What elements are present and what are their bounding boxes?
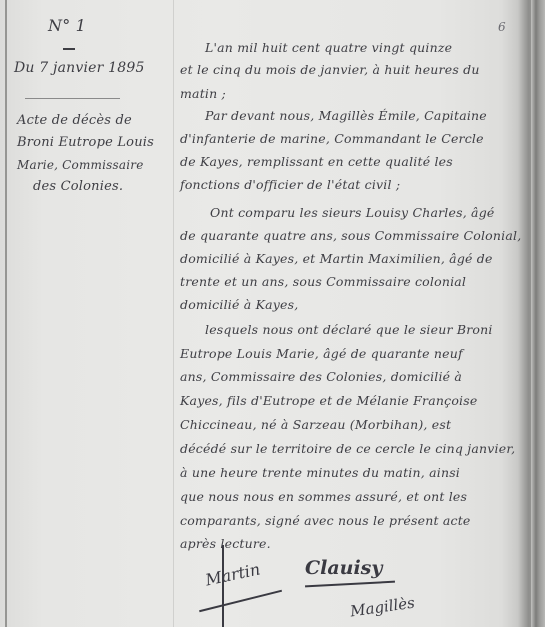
body-line: de Kayes, remplissant en cette qualité l… (180, 154, 453, 169)
margin-title-line: Acte de décès de (17, 110, 154, 132)
body-line: trente et un ans, sous Commissaire colon… (180, 274, 466, 289)
body-line: et le cinq du mois de janvier, à huit he… (180, 62, 480, 77)
body-line: lesquels nous ont déclaré que le sieur B… (205, 322, 493, 337)
body-line: domicilié à Kayes, (180, 297, 298, 312)
signature-left-flourish (199, 590, 282, 612)
body-line: Ont comparu les sieurs Louisy Charles, â… (210, 205, 495, 220)
entry-number-dash (63, 48, 75, 50)
margin-title-line: Marie, Commissaire (17, 154, 154, 176)
margin-title: Acte de décès de Broni Eutrope Louis Mar… (17, 110, 154, 198)
body-line: que nous nous en sommes assuré, et ont l… (180, 489, 467, 504)
signature-center-flourish (305, 581, 395, 588)
margin-column-rule (173, 0, 174, 627)
entry-number: N° 1 (48, 16, 86, 35)
body-line: ans, Commissaire des Colonies, domicilié… (180, 369, 462, 384)
body-line: L'an mil huit cent quatre vingt quinze (205, 40, 452, 55)
entry-date: Du 7 janvier 1895 (14, 60, 145, 76)
register-page: 6 N° 1 Du 7 janvier 1895 Acte de décès d… (0, 0, 545, 627)
margin-title-line: Broni Eutrope Louis (17, 132, 154, 154)
body-line: après lecture. (180, 536, 271, 551)
page-number: 6 (498, 20, 506, 34)
left-margin-rule (5, 0, 7, 627)
signature-center: Clauisy (305, 557, 382, 579)
signature-right: Magillès (349, 594, 416, 621)
body-line: comparants, signé avec nous le présent a… (180, 513, 471, 528)
body-line: de quarante quatre ans, sous Commissaire… (180, 228, 521, 243)
margin-title-line: des Colonies. (17, 176, 154, 198)
body-line: Chiccineau, né à Sarzeau (Morbihan), est (180, 417, 451, 432)
body-line: à une heure trente minutes du matin, ain… (180, 465, 460, 480)
book-binding-edge (531, 0, 545, 627)
body-line: matin ; (180, 86, 226, 101)
body-line: d'infanterie de marine, Commandant le Ce… (180, 131, 484, 146)
body-line: décédé sur le territoire de ce cercle le… (180, 441, 515, 456)
body-line: Eutrope Louis Marie, âgé de quarante neu… (180, 346, 463, 361)
body-line: domicilié à Kayes, et Martin Maximilien,… (180, 251, 493, 266)
date-underline (25, 98, 120, 99)
body-line: Kayes, fils d'Eutrope et de Mélanie Fran… (180, 393, 477, 408)
body-line: Par devant nous, Magillès Émile, Capitai… (205, 108, 487, 123)
body-line: fonctions d'officier de l'état civil ; (180, 177, 400, 192)
signature-left: Martin (204, 559, 262, 589)
